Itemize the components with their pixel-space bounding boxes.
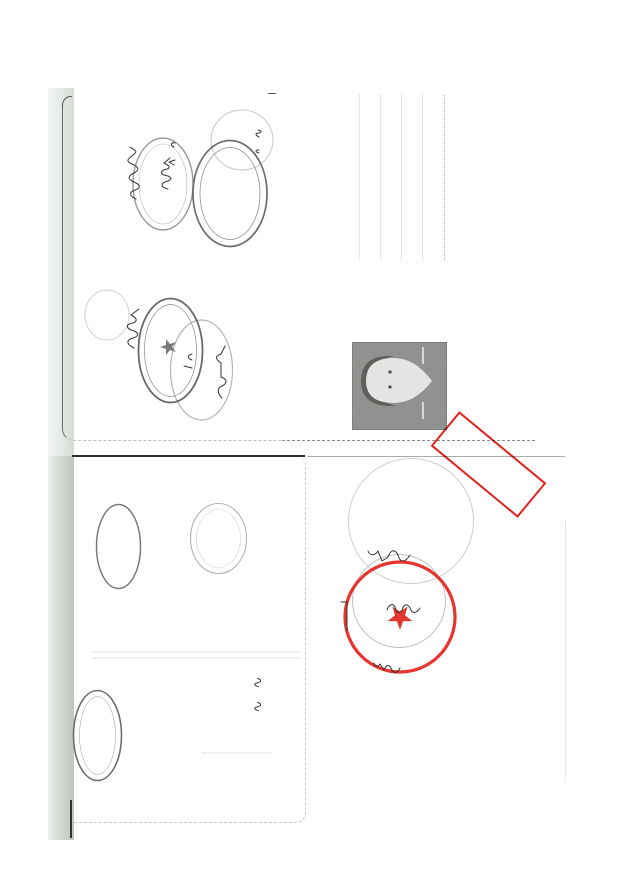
firm-red-seal [345, 562, 565, 840]
change-form-lower [62, 268, 277, 438]
field-underline [422, 95, 423, 260]
renewal-page-stamps [72, 456, 305, 830]
cpa-transfer-stamp [62, 141, 267, 266]
faint-stamp [85, 290, 129, 340]
handwritten-day-mark [254, 678, 260, 686]
firm-grey-stamp [62, 299, 203, 439]
handwritten-month-mark [254, 702, 260, 710]
transfer-in-date [252, 110, 257, 136]
qualified-stamp [72, 690, 121, 830]
signature-mark [184, 354, 192, 368]
star-icon [388, 606, 413, 630]
signature-mark [217, 346, 227, 398]
transfer-out-date [168, 283, 173, 309]
change-form-upside-down-page [308, 456, 565, 840]
field-divider [202, 752, 272, 753]
certified-copy-line1 [459, 420, 537, 484]
signature-mark [368, 551, 410, 561]
bottom-right-page-edge [565, 520, 566, 780]
transfer-in-date [252, 283, 257, 309]
annual-renewal-page [72, 456, 305, 830]
field-underline [359, 95, 360, 260]
qr-code [467, 845, 495, 873]
section-divider [92, 657, 300, 658]
field-underline [380, 95, 381, 260]
transfer-out-date [168, 110, 173, 136]
holder-photo [352, 342, 447, 430]
field-underline [444, 95, 445, 260]
faint-stamp [211, 110, 273, 170]
change-form-upper [62, 95, 277, 265]
section-divider [92, 651, 300, 652]
renewal-stamp-faint [190, 503, 246, 573]
field-underline [401, 95, 402, 260]
booklet-spine-shadow-bottom [48, 456, 74, 840]
top-right-page-edge [282, 440, 535, 441]
handwritten-date-mark [169, 143, 175, 165]
top-spread [62, 90, 462, 440]
bottom-page-marks [308, 456, 565, 840]
renewal-stamp [72, 504, 140, 830]
transfer-out-stamp [133, 138, 193, 230]
